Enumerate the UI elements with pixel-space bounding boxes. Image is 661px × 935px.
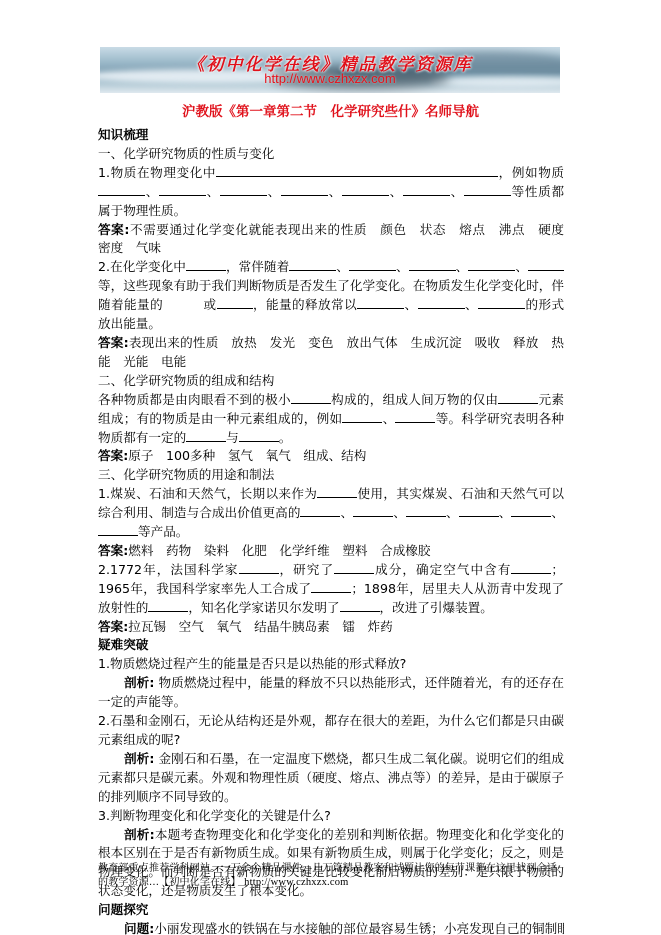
question-2-1: 各种物质都是由肉眼看不到的极小构成的，组成人间万物的仅由元素组成；有的物质是由一… [98,391,564,448]
fill-blank [163,297,203,309]
fill-blank [511,561,551,574]
fill-blank [464,183,511,196]
fill-blank [342,410,382,423]
fill-blank [528,258,564,271]
fill-blank [186,429,226,442]
fill-blank [349,258,396,271]
fill-blank [239,429,279,442]
document-title: 沪教版《第一章第二节 化学研究些什》名师导航 [98,100,563,120]
fill-blank [220,183,267,196]
answer-label: 答案: [98,222,129,237]
fill-blank [148,599,188,612]
fill-blank [406,504,446,517]
fill-blank [340,599,380,612]
answer-label: 答案: [98,543,128,558]
fill-blank [468,258,515,271]
fill-blank [478,296,525,309]
difficulty-analysis-1: 剖析: 物质燃烧过程中，能量的释放不只以热能形式，还伴随着光，有的还存在一定的声… [98,674,564,712]
question-3-1: 1.煤炭、石油和天然气，长期以来作为使用，其实煤炭、石油和天然气可以综合利用、制… [98,485,564,542]
fill-blank [409,258,456,271]
answer-1-1: 答案:不需要通过化学变化就能表现出来的性质 颜色 状态 熔点 沸点 硬度 密度 … [98,221,564,259]
section-heading-inquiry: 问题探究 [98,901,564,920]
document-body: 知识梳理 一、化学研究物质的性质与变化 1.物质在物理变化中，例如物质、、、、、… [98,126,564,935]
answer-1-2: 答案:表现出来的性质 放热 发光 变色 放出气体 生成沉淀 吸收 释放 热能 光… [98,334,564,372]
question-3-2: 2.1772年，法国科学家，研究了成分，确定空气中含有；1965年，我国科学家率… [98,561,564,618]
analysis-label: 剖析: [124,675,154,690]
fill-blank [357,296,404,309]
fill-blank [98,183,145,196]
answer-2-1: 答案:原子 100多种 氢气 氧气 组成、结构 [98,447,564,466]
fill-blank [311,580,351,593]
fill-blank [291,391,331,404]
fill-blank [216,164,498,177]
difficulty-question-1: 1.物质燃烧过程产生的能量是否只是以热能的形式释放? [98,655,564,674]
fill-blank [353,504,393,517]
fill-blank [98,523,138,536]
analysis-label: 剖析: [124,827,155,842]
question-1-2: 2.在化学变化中，常伴随着、、、、等，这些现象有助于我们判断物质是否发生了化学变… [98,258,564,334]
section-heading-knowledge: 知识梳理 [98,126,564,145]
fill-blank [289,258,336,271]
page-footer: 教育部重点推荐学科网站。一万余个精品课件，几万篇精品教案和试题让您的每节课都在这… [98,862,564,890]
fill-blank [334,561,374,574]
difficulty-analysis-2: 剖析: 金刚石和石墨，在一定温度下燃烧，都只生成二氧化碳。说明它们的组成元素都只… [98,750,564,807]
fill-blank [239,561,279,574]
banner-url-link[interactable]: http://www.czhxzx.com [100,71,560,86]
footer-url-link[interactable]: http://www.czhxzx.com [244,877,348,888]
answer-3-2: 答案:拉瓦锡 空气 氧气 结晶牛胰岛素 镭 炸药 [98,618,564,637]
fill-blank [217,296,253,309]
fill-blank [281,183,328,196]
question-label: 问题: [124,921,154,935]
site-banner: 《初中化学在线》精品教学资源库 http://www.czhxzx.com [100,47,560,93]
fill-blank [342,183,389,196]
analysis-label: 剖析: [124,751,154,766]
question-1-1: 1.物质在物理变化中，例如物质、、、、、、等性质都属于物理性质。 [98,164,564,221]
fill-blank [159,183,206,196]
fill-blank [395,410,435,423]
inquiry-question: 问题:小丽发现盛水的铁锅在与水接触的部位最容易生锈；小亮发现自己的铜制眼睛框 [98,920,564,935]
subsection-heading-1: 一、化学研究物质的性质与变化 [98,145,564,164]
fill-blank [418,296,465,309]
section-heading-difficulties: 疑难突破 [98,636,564,655]
answer-label: 答案: [98,335,129,350]
difficulty-question-3: 3.判断物理变化和化学变化的关键是什么? [98,807,564,826]
fill-blank [403,183,450,196]
fill-blank [498,391,538,404]
fill-blank [459,504,499,517]
answer-3-1: 答案:燃料 药物 染料 化肥 化学纤维 塑料 合成橡胶 [98,542,564,561]
difficulty-question-2: 2.石墨和金刚石，无论从结构还是外观，都存在很大的差距，为什么它们都是只由碳元素… [98,712,564,750]
subsection-heading-3: 三、化学研究物质的用途和制法 [98,466,564,485]
fill-blank [511,504,551,517]
fill-blank [186,258,226,271]
fill-blank [300,504,340,517]
answer-label: 答案: [98,619,128,634]
subsection-heading-2: 二、化学研究物质的组成和结构 [98,372,564,391]
fill-blank [317,485,357,498]
answer-label: 答案: [98,448,128,463]
